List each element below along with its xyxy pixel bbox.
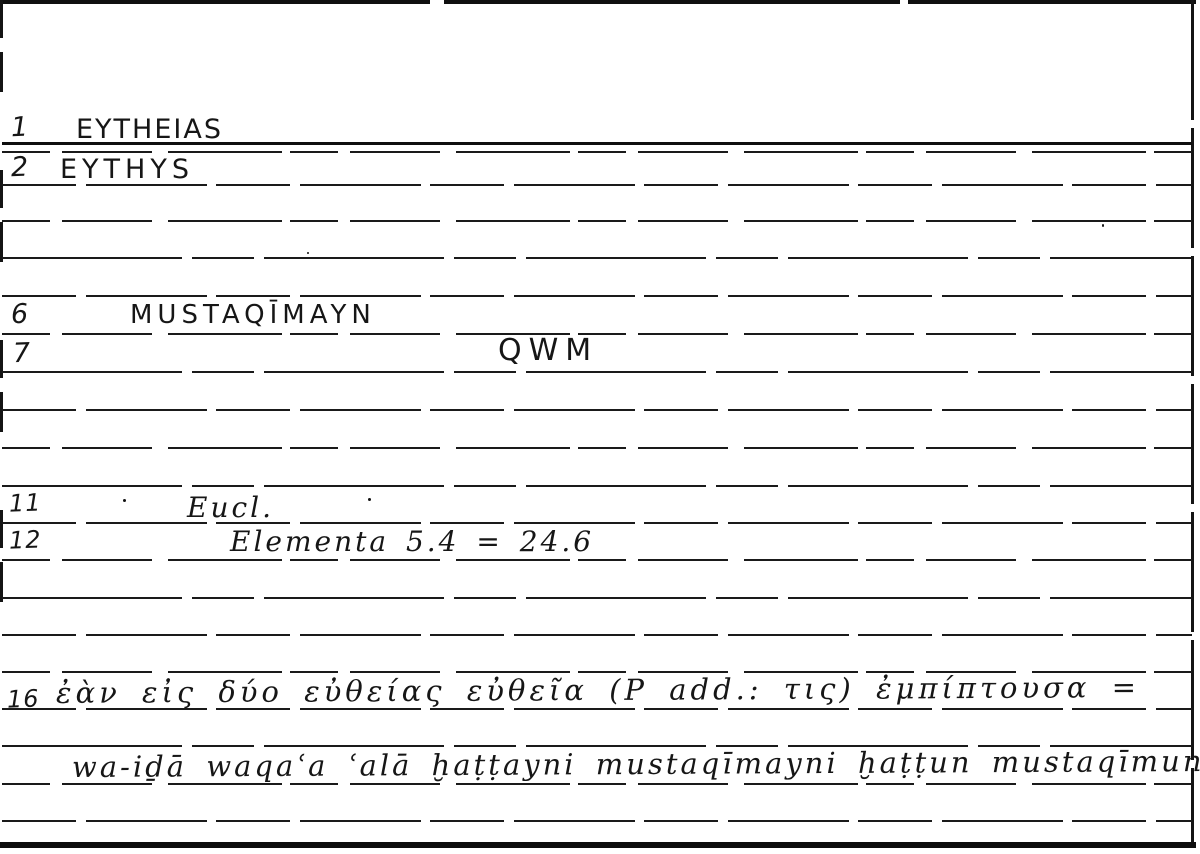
ruled-line <box>2 559 1192 561</box>
ruled-line <box>2 409 1192 411</box>
line-number: 2 <box>11 154 30 182</box>
card-border-right <box>1191 0 1194 848</box>
entry-greek-lemma: ἐὰν εἰς δύο εὐθείας εὐθεῖα (P add.: τις)… <box>56 673 1140 708</box>
line-number: 6 <box>11 301 30 329</box>
entry-eythys: EYTHYS <box>60 156 194 183</box>
ruled-line <box>2 634 1192 636</box>
ruled-line <box>2 597 1192 599</box>
line-number: 12 <box>9 527 42 552</box>
ruled-line <box>2 820 1192 822</box>
ruled-line <box>2 220 1192 222</box>
entry-elementa-ref: Elementa 5.4 = 24.6 <box>230 528 594 556</box>
ruled-line <box>2 257 1192 259</box>
ruled-line <box>2 371 1192 373</box>
entry-eucl: Eucl. <box>187 494 274 522</box>
ruled-line <box>2 447 1192 449</box>
ruled-line <box>2 295 1192 297</box>
scanned-index-card: 1 2 6 7 11 12 16 EYTHEIAS EYTHYS MUSTAQĪ… <box>0 0 1200 854</box>
entry-eytheias: EYTHEIAS <box>76 116 223 143</box>
card-border-bottom <box>0 842 1196 848</box>
ruled-line <box>2 485 1192 487</box>
line-number: 16 <box>7 686 40 711</box>
ink-speck <box>307 252 309 254</box>
card-border-left <box>0 0 3 620</box>
entry-qwm: QWM <box>498 336 598 366</box>
card-border-top <box>0 0 1196 4</box>
line-number: 1 <box>11 114 30 142</box>
ruled-line <box>2 151 1192 153</box>
ink-speck <box>123 499 126 502</box>
line-number: 7 <box>13 340 32 368</box>
line-number: 11 <box>9 490 42 515</box>
ink-speck <box>368 498 371 501</box>
entry-arabic-transliteration: wa-iḏā waqaʿa ʿalā ḫaṭṭayni mustaqīmayni… <box>72 747 1200 782</box>
ruled-line <box>2 522 1192 524</box>
entry-mustaqimayn: MUSTAQĪMAYN <box>130 302 376 328</box>
ink-speck <box>1102 224 1104 227</box>
